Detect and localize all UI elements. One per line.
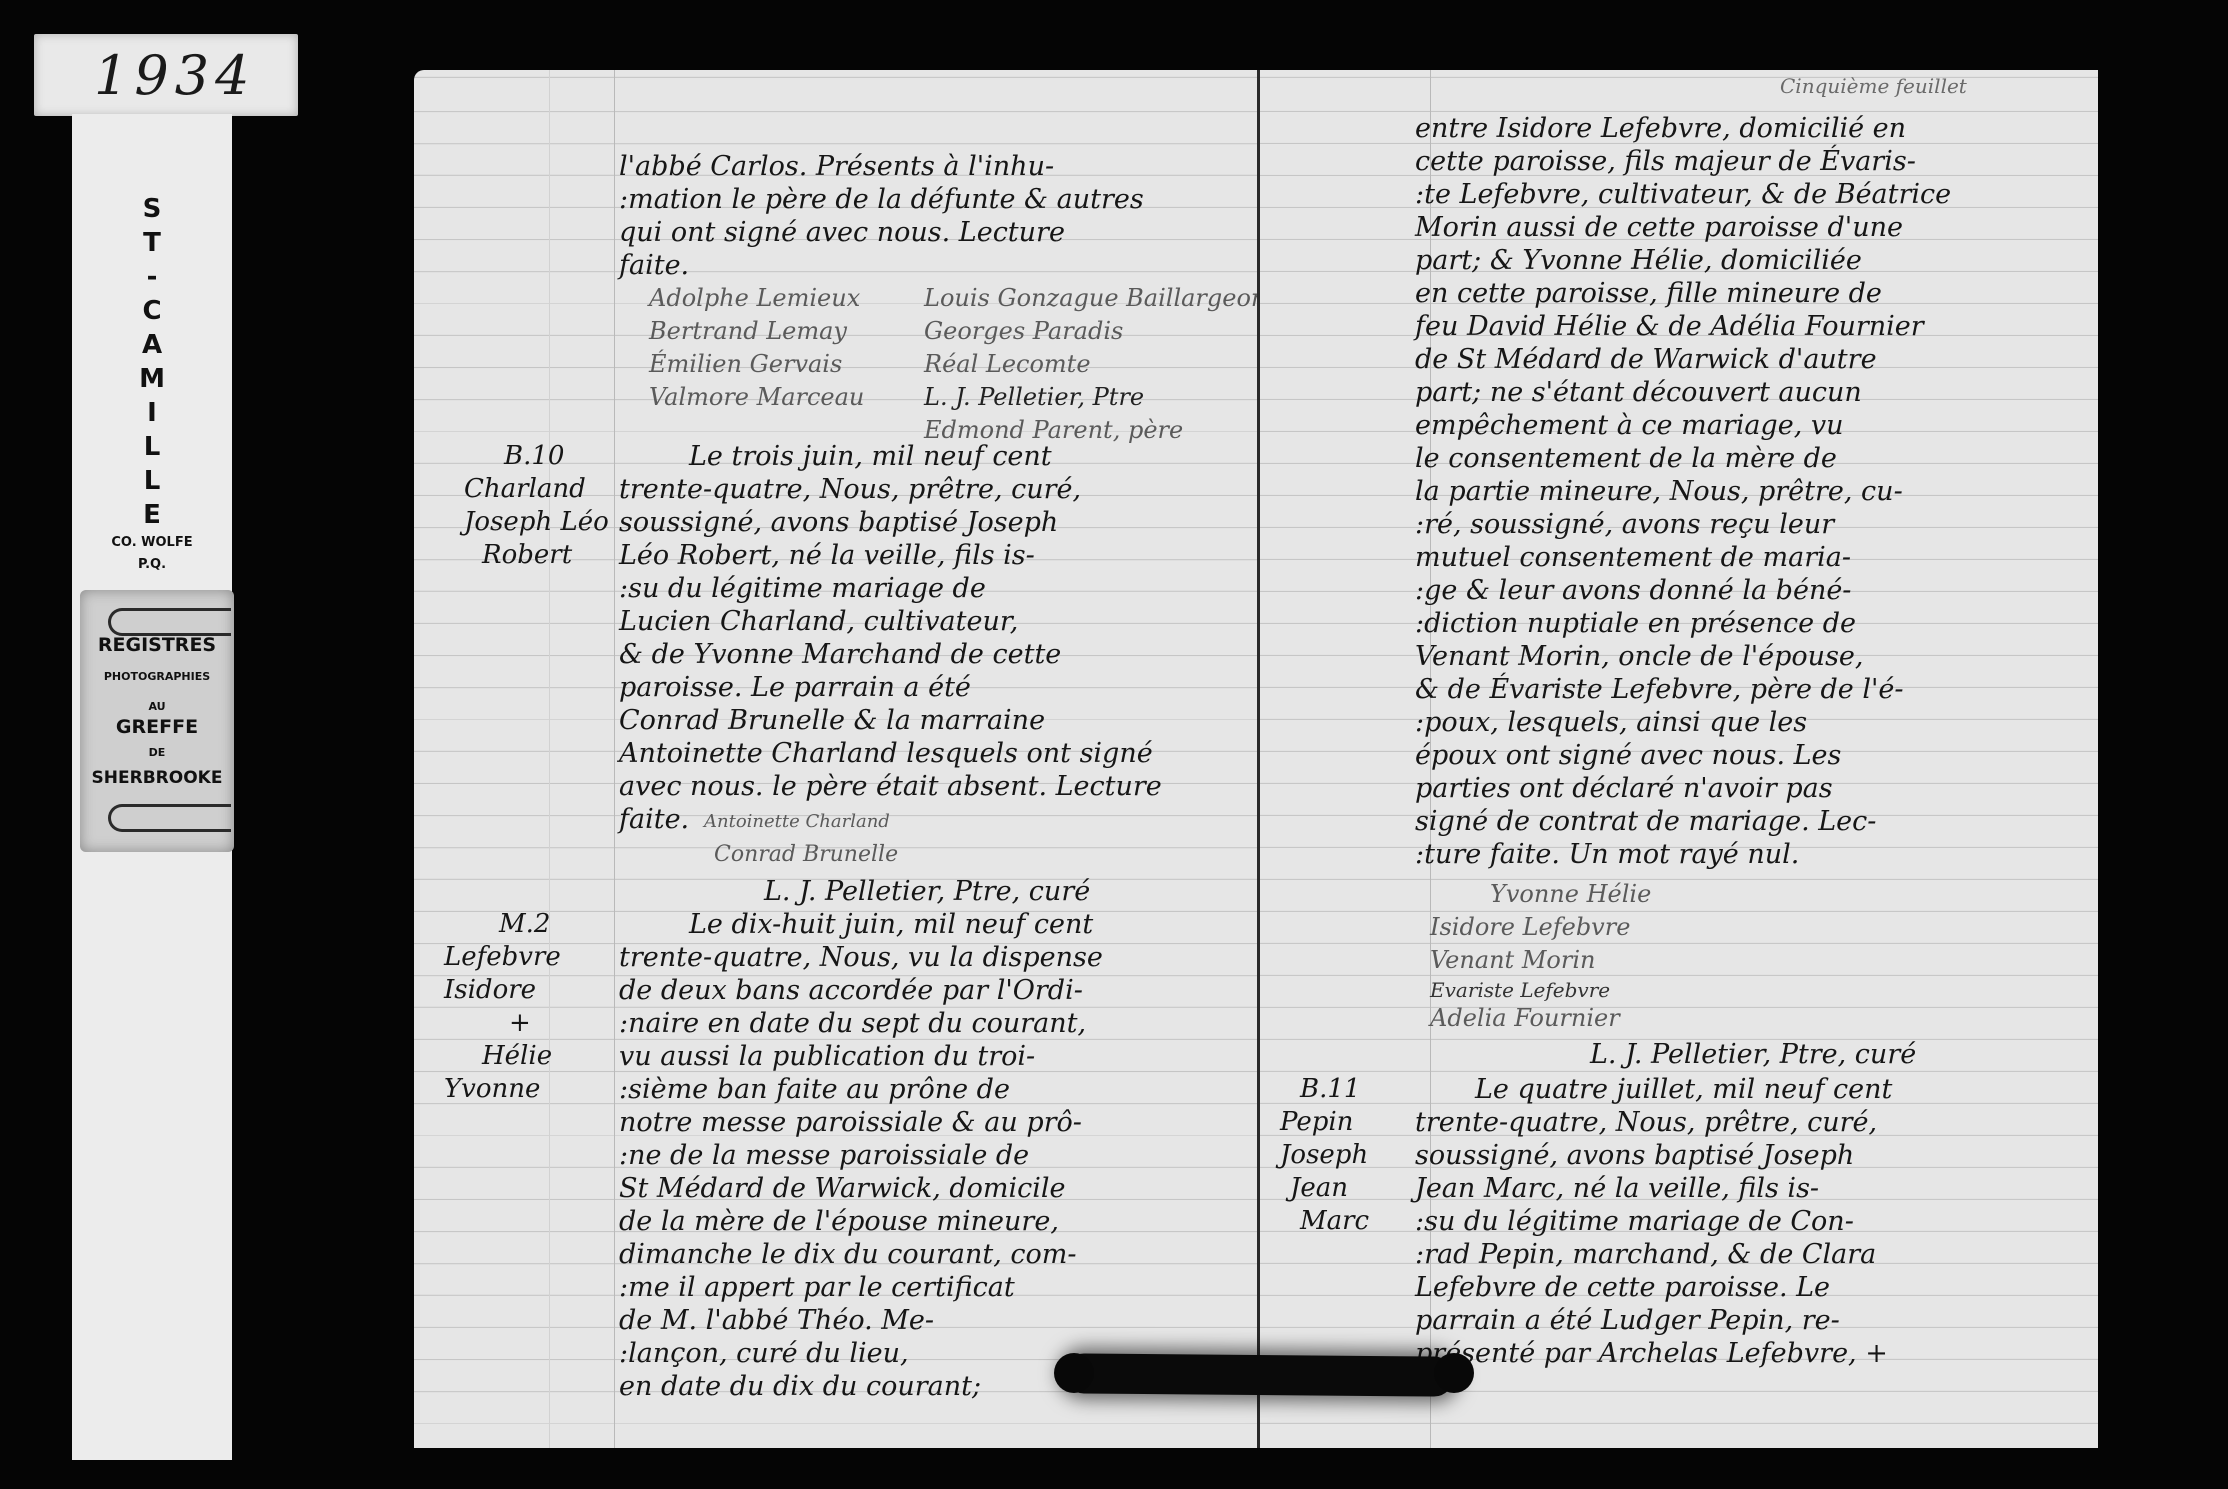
label-line: GREFFE [80,716,234,738]
given-names: Yvonne [444,1073,561,1106]
marriage-entry-continued: entre Isidore Lefebvre, domicilié en cet… [1415,112,1951,871]
text-line: mutuel consentement de maria- [1415,541,1951,574]
text-line: :lançon, curé du lieu, [619,1337,1103,1370]
text-line: :poux, lesquels, ainsi que les [1415,706,1951,739]
given-names: Joseph [1280,1139,1369,1172]
faint-column-rule [549,70,550,1448]
sheet-note: Cinquième feuillet [1780,70,1967,103]
text-line: soussigné, avons baptisé Joseph [1415,1139,1892,1172]
text-line: signé de contrat de mariage. Lec- [1415,805,1951,838]
signature: Conrad Brunelle [714,838,898,871]
signature: Réal Lecomte [924,348,1266,381]
text-line: :ré, soussigné, avons reçu leur [1415,508,1951,541]
baptism-entry-text: Le trois juin, mil neuf cent trente-quat… [619,440,1162,836]
text-line: :rad Pepin, marchand, & de Clara [1415,1238,1892,1271]
entry-margin-heading: B.10 Charland Joseph Léo Robert [464,440,609,572]
county-name: CO. WOLFE [72,532,232,554]
entry-text-continued: l'abbé Carlos. Présents à l'inhu- :matio… [619,150,1144,282]
text-line: :mation le père de la défunte & autres [619,183,1144,216]
record-number: B.11 [1280,1073,1369,1106]
text-line: époux ont signé avec nous. Les [1415,739,1951,772]
year-label: 1934 [94,44,255,107]
record-number: B.10 [464,440,609,473]
parish-letter: A [72,328,232,362]
label-line: REGISTRES [80,634,234,656]
text-line: Conrad Brunelle & la marraine [619,704,1162,737]
text-line: la partie mineure, Nous, prêtre, cu- [1415,475,1951,508]
signatures-block: Adolphe Lemieux Bertrand Lemay Émilien G… [649,282,864,414]
text-line: part; ne s'étant découvert aucun [1415,376,1951,409]
signature: Adelia Fournier [1430,1002,1620,1035]
given-names: Robert [464,539,609,572]
parish-letter: - [72,260,232,294]
text-line: :te Lefebvre, cultivateur, & de Béatrice [1415,178,1951,211]
text-line: de M. l'abbé Théo. Me- [619,1304,1103,1337]
text-line: avec nous. le père était absent. Lecture [619,770,1162,803]
text-line: Lucien Charland, cultivateur, [619,605,1162,638]
marriage-entry-text: Le dix-huit juin, mil neuf cent trente-q… [619,908,1103,1403]
margin-rule [614,70,615,1448]
text-line: Le dix-huit juin, mil neuf cent [619,908,1103,941]
text-line: trente-quatre, Nous, prêtre, curé, [1415,1106,1892,1139]
parish-letter: S [72,192,232,226]
text-line: trente-quatre, Nous, prêtre, curé, [619,473,1162,506]
text-line: & de Yvonne Marchand de cette [619,638,1162,671]
given-names: Isidore [444,974,561,1007]
binding-clip [1064,1353,1454,1396]
text-line: :su du légitime mariage de Con- [1415,1205,1892,1238]
county-label: CO. WOLFE P.Q. [72,532,232,576]
text-line: vu aussi la publication du troi- [619,1040,1103,1073]
surname: Pepin [1280,1106,1369,1139]
text-line: feu David Hélie & de Adélia Fournier [1415,310,1951,343]
text-line: de St Médard de Warwick d'autre [1415,343,1951,376]
signature: Émilien Gervais [649,348,864,381]
text-line: Léo Robert, né la veille, fils is- [619,539,1162,572]
signature: L. J. Pelletier, Ptre, curé [1590,1038,1916,1071]
signature: Antoinette Charland [704,805,890,838]
signatures-block: Louis Gonzague Baillargeon Georges Parad… [924,282,1266,447]
text-line: empêchement à ce mariage, vu [1415,409,1951,442]
text-line: part; & Yvonne Hélie, domiciliée [1415,244,1951,277]
parish-letter: I [72,396,232,430]
text-line: parties ont déclaré n'avoir pas [1415,772,1951,805]
text-line: de la mère de l'épouse mineure, [619,1205,1103,1238]
signature: Louis Gonzague Baillargeon [924,282,1266,315]
signature: L. J. Pelletier, Ptre, curé [764,875,1090,908]
parish-name: S T - C A M I L L E [72,192,232,532]
parish-letter: C [72,294,232,328]
parish-letter: M [72,362,232,396]
text-line: trente-quatre, Nous, vu la dispense [619,941,1103,974]
signature: Adolphe Lemieux [649,282,864,315]
text-line: entre Isidore Lefebvre, domicilié en [1415,112,1951,145]
text-line: & de Évariste Lefebvre, père de l'é- [1415,673,1951,706]
text-line: :su du légitime mariage de [619,572,1162,605]
text-line: :me il appert par le certificat [619,1271,1103,1304]
text-line: faite. [619,803,1162,836]
text-line: :diction nuptiale en présence de [1415,607,1951,640]
label-line: PHOTOGRAPHIES [80,670,234,683]
text-line: Antoinette Charland lesquels ont signé [619,737,1162,770]
right-page: Cinquième feuillet entre Isidore Lefebvr… [1260,70,2098,1448]
label-line: DE [80,746,234,759]
text-line: soussigné, avons baptisé Joseph [619,506,1162,539]
text-line: :ture faite. Un mot rayé nul. [1415,838,1951,871]
text-line: en cette paroisse, fille mineure de [1415,277,1951,310]
text-line: paroisse. Le parrain a été [619,671,1162,704]
parish-letter: L [72,464,232,498]
text-line: :ge & leur avons donné la béné- [1415,574,1951,607]
text-line: Jean Marc, né la veille, fils is- [1415,1172,1892,1205]
signature: Venant Morin [1430,944,1595,977]
record-number: M.2 [444,908,561,941]
register-book: l'abbé Carlos. Présents à l'inhu- :matio… [414,70,2098,1448]
parish-letter: E [72,498,232,532]
text-line: de deux bans accordée par l'Ordi- [619,974,1103,1007]
given-names: Joseph Léo [464,506,609,539]
entry-margin-heading: B.11 Pepin Joseph Jean Marc [1280,1073,1369,1238]
text-line: Lefebvre de cette paroisse. Le [1415,1271,1892,1304]
text-line: Morin aussi de cette paroisse d'une [1415,211,1951,244]
text-line: qui ont signé avec nous. Lecture [619,216,1144,249]
paperclip-icon [108,608,231,636]
signature: L. J. Pelletier, Ptre [924,381,1266,414]
text-line: Venant Morin, oncle de l'épouse, [1415,640,1951,673]
text-line: :naire en date du sept du courant, [619,1007,1103,1040]
text-line: :ne de la messe paroissiale de [619,1139,1103,1172]
text-line: :sième ban faite au prône de [619,1073,1103,1106]
registry-label-card: REGISTRES PHOTOGRAPHIES AU GREFFE DE SHE… [80,590,234,852]
text-line: dimanche le dix du courant, com- [619,1238,1103,1271]
signature: Bertrand Lemay [649,315,864,348]
parish-letter: L [72,430,232,464]
binding-clip-end [1434,1353,1474,1393]
given-names: Jean [1280,1172,1369,1205]
left-page: l'abbé Carlos. Présents à l'inhu- :matio… [414,70,1258,1448]
signature: Yvonne Hélie [1490,878,1651,911]
text-line: en date du dix du courant; [619,1370,1103,1403]
parish-letter: T [72,226,232,260]
text-line: Le quatre juillet, mil neuf cent [1415,1073,1892,1106]
given-names: Marc [1280,1205,1369,1238]
signature: Georges Paradis [924,315,1266,348]
text-line: notre messe paroissiale & au prô- [619,1106,1103,1139]
year-tag: 1934 [34,34,298,116]
text-line: faite. [619,249,1144,282]
signature: Valmore Marceau [649,381,864,414]
baptism-entry-text: Le quatre juillet, mil neuf cent trente-… [1415,1073,1892,1370]
text-line: cette paroisse, fils majeur de Évaris- [1415,145,1951,178]
plus-sign: + [444,1007,561,1040]
text-line: Le trois juin, mil neuf cent [619,440,1162,473]
surname: Lefebvre [444,941,561,974]
province-name: P.Q. [72,554,232,576]
text-line: présenté par Archelas Lefebvre, + [1415,1337,1892,1370]
label-line: AU [80,700,234,713]
surname: Charland [464,473,609,506]
text-line: le consentement de la mère de [1415,442,1951,475]
signature: Isidore Lefebvre [1430,911,1630,944]
text-line: St Médard de Warwick, domicile [619,1172,1103,1205]
paperclip-icon [108,804,231,832]
text-line: parrain a été Ludger Pepin, re- [1415,1304,1892,1337]
binding-clip-end [1054,1353,1094,1393]
surname: Hélie [444,1040,561,1073]
text-line: l'abbé Carlos. Présents à l'inhu- [619,150,1144,183]
entry-margin-heading: M.2 Lefebvre Isidore + Hélie Yvonne [444,908,561,1106]
label-line: SHERBROOKE [80,768,234,788]
